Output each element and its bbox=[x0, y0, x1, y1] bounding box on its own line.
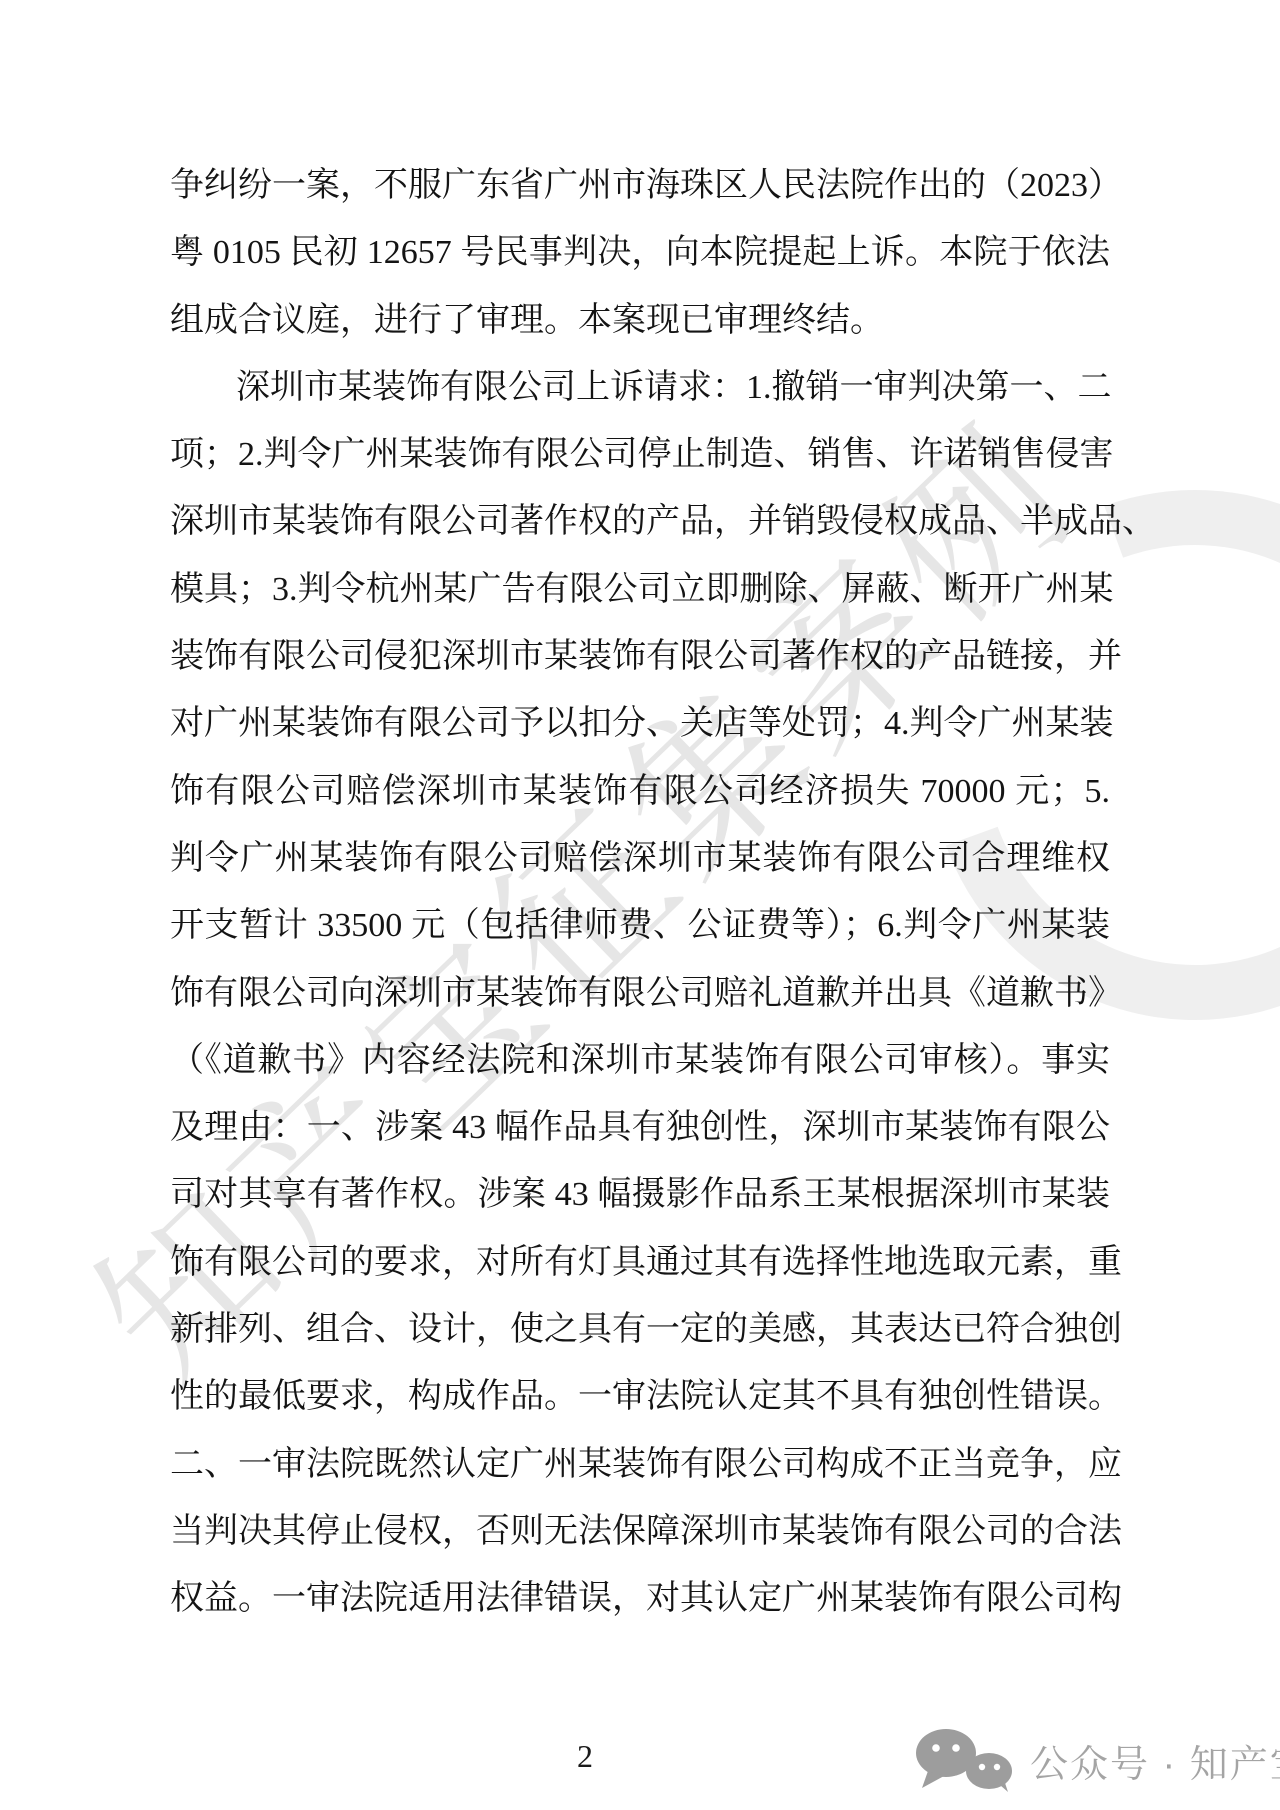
page-number: 2 bbox=[540, 1738, 630, 1775]
wechat-account-badge: 公众号 · 知产宝 bbox=[912, 1728, 1280, 1792]
wechat-icon bbox=[912, 1728, 1016, 1792]
text-line: 深圳市某装饰有限公司上诉请求：1.撤销一审判决第一、二 bbox=[170, 354, 1110, 421]
text-line: 争纠纷一案，不服广东省广州市海珠区人民法院作出的（2023） bbox=[170, 152, 1110, 219]
text-line: 新排列、组合、设计，使之具有一定的美感，其表达已符合独创 bbox=[170, 1296, 1110, 1363]
text-line: 性的最低要求，构成作品。一审法院认定其不具有独创性错误。 bbox=[170, 1363, 1110, 1430]
text-line: 及理由：一、涉案 43 幅作品具有独创性，深圳市某装饰有限公 bbox=[170, 1094, 1110, 1161]
text-line: 司对其享有著作权。涉案 43 幅摄影作品系王某根据深圳市某装 bbox=[170, 1161, 1110, 1228]
text-line: 装饰有限公司侵犯深圳市某装饰有限公司著作权的产品链接，并 bbox=[170, 623, 1110, 690]
text-line: 粤 0105 民初 12657 号民事判决，向本院提起上诉。本院于依法 bbox=[170, 219, 1110, 286]
text-line: 权益。一审法院适用法律错误，对其认定广州某装饰有限公司构 bbox=[170, 1565, 1110, 1632]
text-line: 判令广州某装饰有限公司赔偿深圳市某装饰有限公司合理维权 bbox=[170, 825, 1110, 892]
wechat-account-label: 公众号 · 知产宝 bbox=[1030, 1733, 1280, 1788]
text-line: 饰有限公司的要求，对所有灯具通过其有选择性地选取元素，重 bbox=[170, 1229, 1110, 1296]
judgment-body-text: 争纠纷一案，不服广东省广州市海珠区人民法院作出的（2023） 粤 0105 民初… bbox=[170, 152, 1110, 1633]
text-line: 对广州某装饰有限公司予以扣分、关店等处罚；4.判令广州某装 bbox=[170, 690, 1110, 757]
text-line: 深圳市某装饰有限公司著作权的产品，并销毁侵权成品、半成品、 bbox=[170, 488, 1110, 555]
text-line: 饰有限公司向深圳市某装饰有限公司赔礼道歉并出具《道歉书》 bbox=[170, 960, 1110, 1027]
text-line: 模具；3.判令杭州某广告有限公司立即删除、屏蔽、断开广州某 bbox=[170, 556, 1110, 623]
document-page: 知产宝征集案例 争纠纷一案，不服广东省广州市海珠区人民法院作出的（2023） 粤… bbox=[0, 0, 1280, 1810]
text-line: 开支暂计 33500 元（包括律师费、公证费等）；6.判令广州某装 bbox=[170, 892, 1110, 959]
text-line: 项；2.判令广州某装饰有限公司停止制造、销售、许诺销售侵害 bbox=[170, 421, 1110, 488]
text-line: 二、一审法院既然认定广州某装饰有限公司构成不正当竞争，应 bbox=[170, 1431, 1110, 1498]
text-line: 当判决其停止侵权，否则无法保障深圳市某装饰有限公司的合法 bbox=[170, 1498, 1110, 1565]
text-line: （《道歉书》内容经法院和深圳市某装饰有限公司审核）。事实 bbox=[170, 1027, 1110, 1094]
text-line: 组成合议庭，进行了审理。本案现已审理终结。 bbox=[170, 287, 1110, 354]
text-line: 饰有限公司赔偿深圳市某装饰有限公司经济损失 70000 元；5. bbox=[170, 758, 1110, 825]
